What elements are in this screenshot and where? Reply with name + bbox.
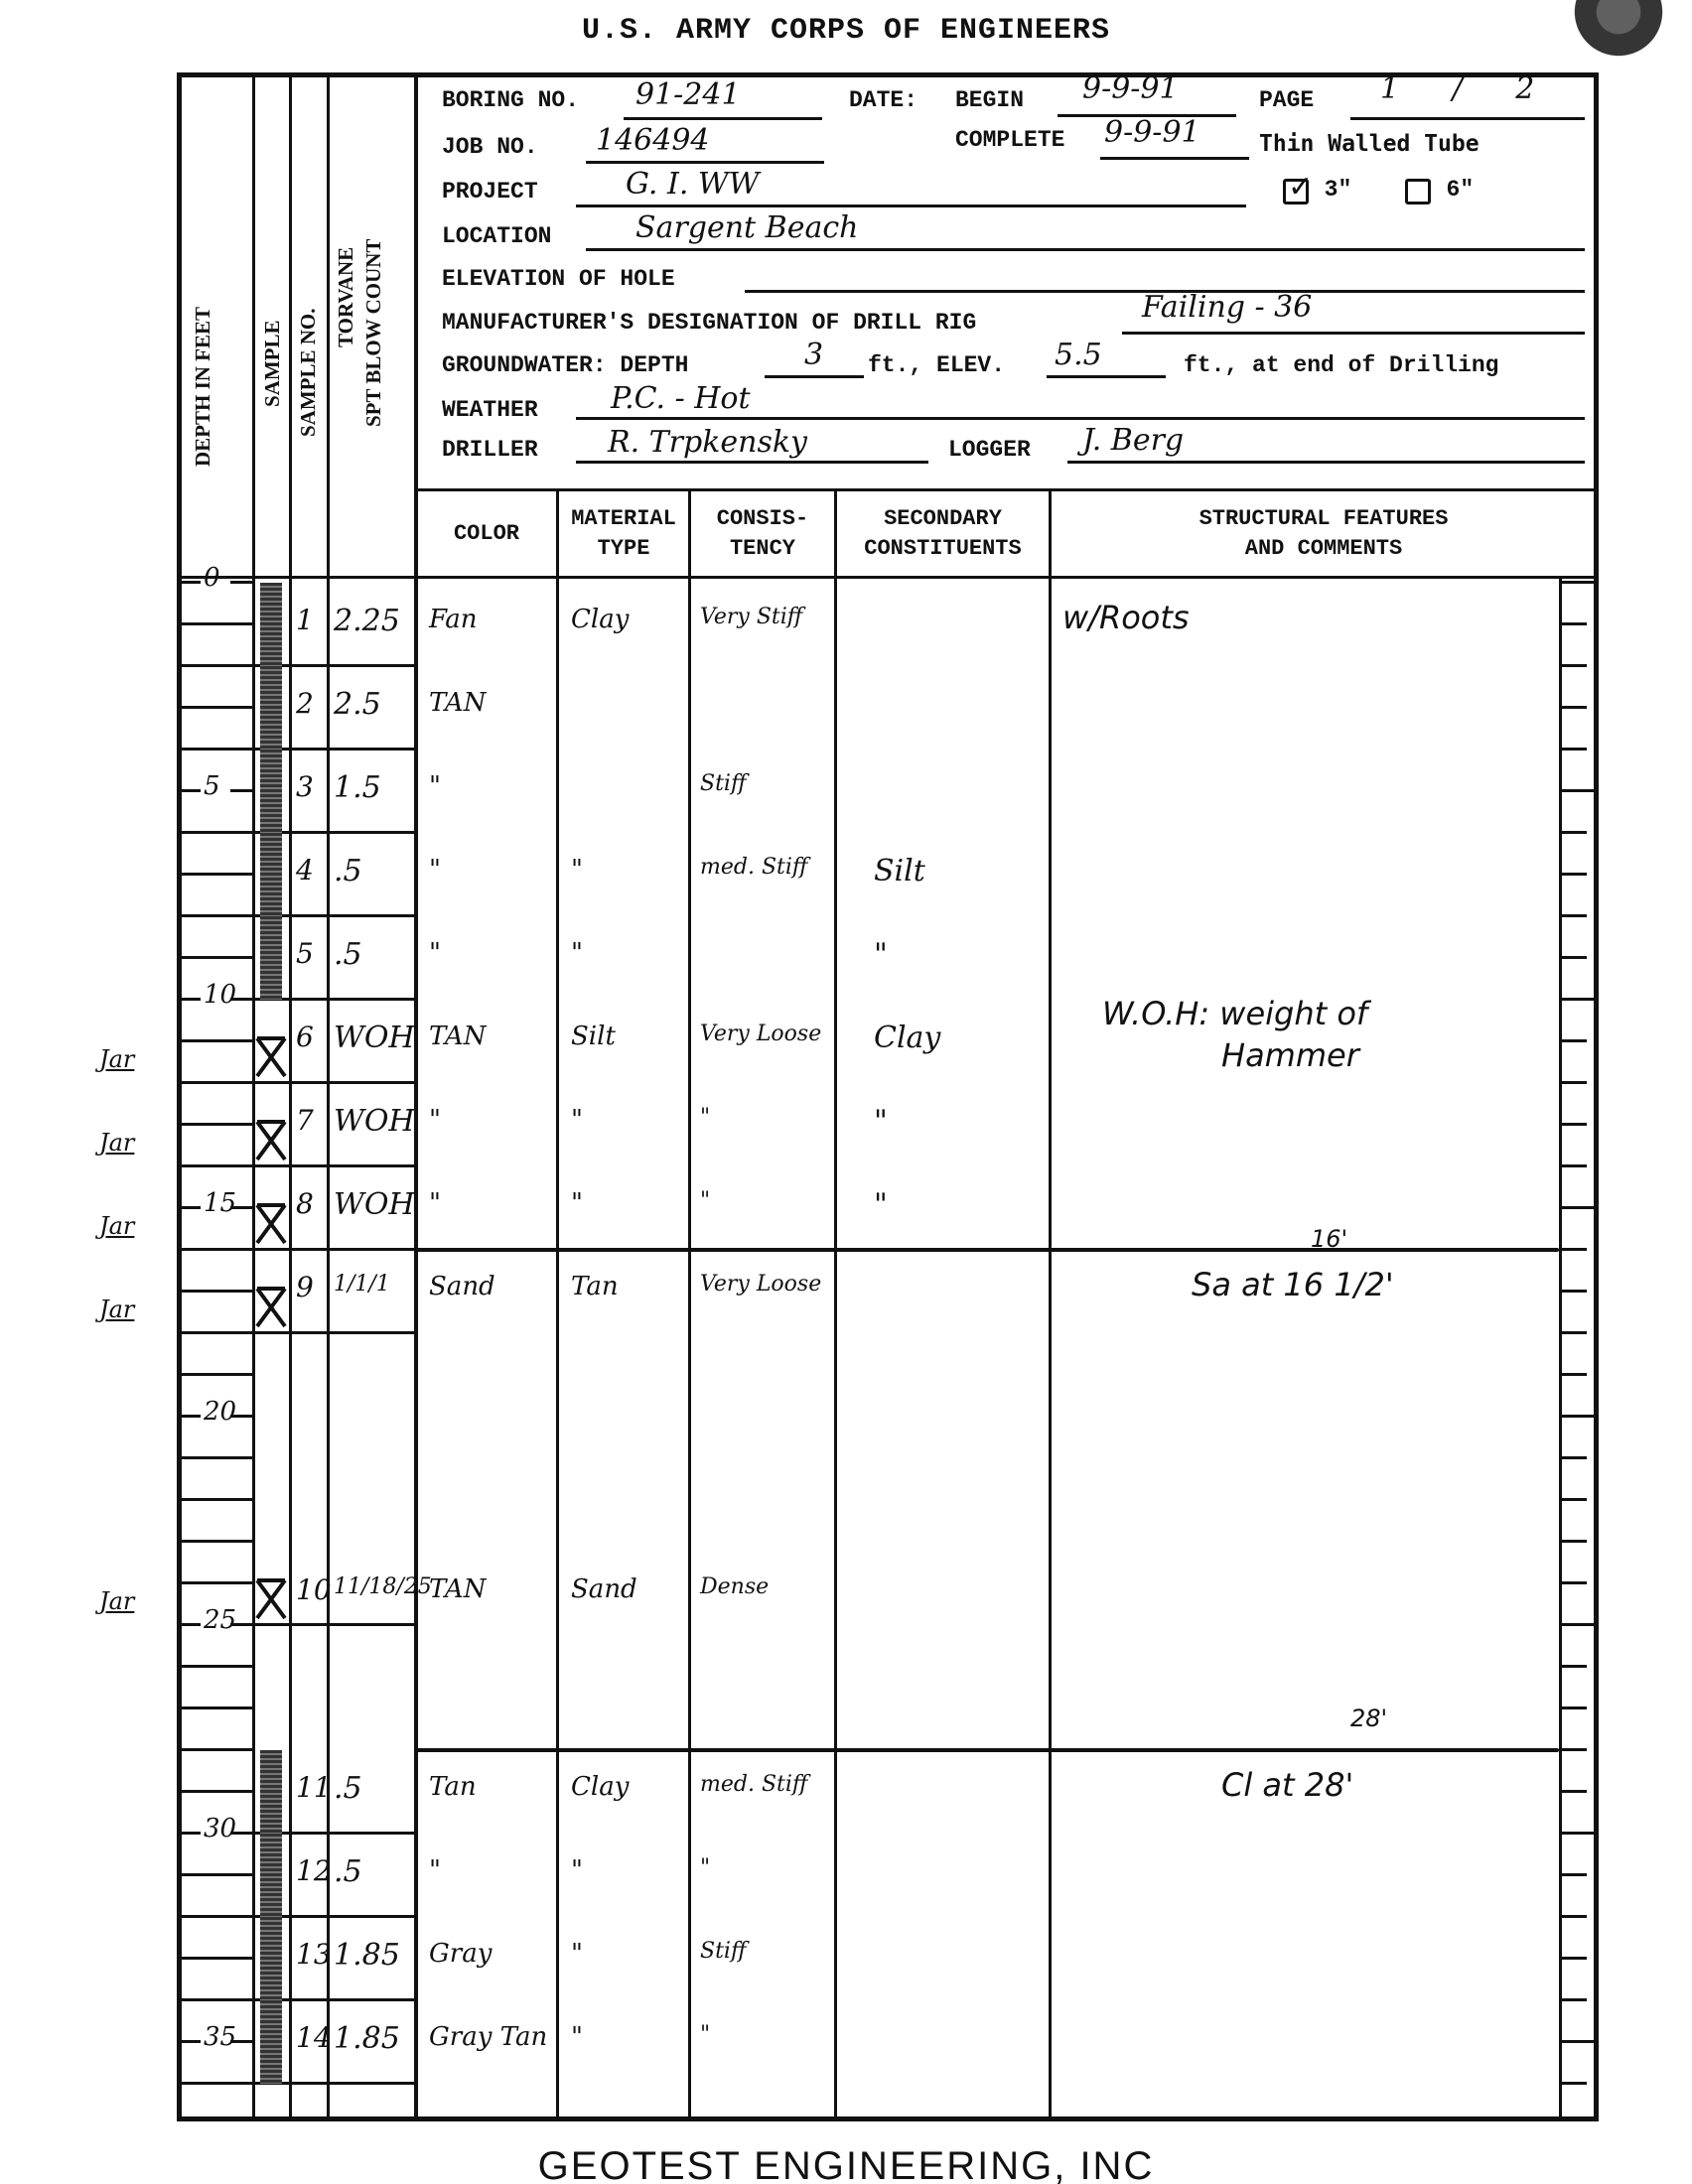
right-ruler-tick: [1561, 1915, 1587, 1918]
depth-tick: [179, 789, 201, 792]
consistency-value: Very Loose: [700, 1024, 821, 1045]
blow-count-value: .5: [334, 1774, 362, 1804]
right-ruler-tick: [1561, 1248, 1587, 1251]
right-ruler-tick: [1561, 664, 1587, 667]
material-type-value: ": [571, 857, 583, 883]
consistency-value: ": [700, 1190, 710, 1212]
divider: [289, 72, 292, 2121]
color-column-header: COLOR: [417, 491, 556, 576]
depth-label: 30: [204, 1814, 236, 1843]
depth-tick: [179, 1415, 201, 1418]
depth-tick: [179, 1039, 252, 1042]
tube-sample-bar: [260, 666, 282, 750]
torvane-header: TORVANE: [334, 247, 358, 347]
consistency-value: Stiff: [700, 773, 747, 795]
material-type-value: Tan: [571, 1274, 619, 1299]
comment-text: 16': [1311, 1227, 1347, 1251]
right-ruler-tick: [1561, 1832, 1599, 1835]
right-ruler-tick: [1561, 1873, 1587, 1876]
consistency-value: med. Stiff: [700, 1774, 808, 1796]
depth-tick: [179, 998, 201, 1001]
right-ruler-tick: [1561, 1581, 1587, 1584]
complete-date-field[interactable]: 9-9-91: [1104, 115, 1200, 150]
depth-tick: [179, 1748, 252, 1751]
material-type-value: ": [571, 1941, 583, 1967]
right-ruler-tick: [1561, 1164, 1587, 1167]
secondary-constituent-value: ": [874, 940, 888, 970]
right-ruler-tick: [1561, 1498, 1587, 1501]
right-ruler-tick: [1561, 1790, 1587, 1793]
color-value: Gray: [429, 1941, 492, 1967]
sample-number: 1: [296, 607, 314, 634]
sample-number: 4: [296, 857, 314, 885]
color-value: ": [429, 1190, 441, 1216]
secondary-constituent-value: ": [874, 1107, 888, 1137]
depth-tick: [179, 748, 252, 751]
depth-tick: [179, 1540, 252, 1543]
jar-note: Jar: [99, 1131, 134, 1155]
structural-features-column-header: STRUCTURAL FEATURESAND COMMENTS: [1052, 491, 1596, 576]
split-spoon-sample-x-icon: [254, 1035, 288, 1079]
right-ruler-tick: [1561, 2040, 1599, 2043]
spt-header: SPT BLOW COUNT: [361, 239, 386, 427]
right-ruler-tick: [1561, 581, 1599, 584]
groundwater-elev-field[interactable]: 5.5: [1055, 338, 1102, 372]
color-value: Gray Tan: [429, 2024, 547, 2050]
project-label: PROJECT: [442, 179, 538, 205]
right-ruler-tick: [1561, 1081, 1587, 1084]
sample-no-header: SAMPLE NO.: [296, 308, 321, 437]
right-ruler-tick: [1561, 706, 1587, 709]
elevation-label: ELEVATION OF HOLE: [442, 266, 675, 292]
color-value: TAN: [429, 1024, 486, 1049]
material-type-value: Clay: [571, 1774, 629, 1800]
depth-tick: [179, 1665, 252, 1668]
depth-label: 0: [204, 563, 220, 593]
page-field[interactable]: 1 / 2: [1380, 71, 1556, 106]
sample-boundary: [254, 1164, 414, 1167]
checkbox-checked-icon[interactable]: [1283, 179, 1309, 205]
right-ruler-tick: [1561, 873, 1587, 876]
material-type-value: ": [571, 2024, 583, 2050]
depth-tick: [179, 831, 252, 834]
color-value: Fan: [429, 607, 478, 632]
tube-3in-option[interactable]: 3" 6": [1283, 177, 1474, 205]
date-label: DATE:: [849, 87, 917, 113]
divider: [327, 72, 330, 2121]
depth-label: 15: [204, 1188, 236, 1218]
depth-tick: [230, 581, 252, 584]
right-ruler-tick: [1561, 1665, 1587, 1668]
depth-label: 10: [204, 980, 236, 1010]
tube-sample-bar: [260, 1750, 282, 1834]
right-ruler-tick: [1561, 748, 1587, 751]
secondary-constituent-value: Silt: [874, 857, 925, 887]
depth-tick: [179, 1706, 252, 1709]
color-value: Sand: [429, 1274, 495, 1299]
right-ruler-tick: [1561, 2082, 1587, 2085]
sample-boundary: [254, 1248, 414, 1251]
begin-label: BEGIN: [955, 87, 1024, 113]
right-ruler-tick: [1561, 1290, 1587, 1293]
sample-number: 5: [296, 940, 314, 968]
blow-count-value: 1.5: [334, 773, 381, 803]
consistency-value: Stiff: [700, 1941, 747, 1963]
depth-tick: [179, 1456, 252, 1459]
tube-sample-bar: [260, 833, 282, 916]
groundwater-depth-field[interactable]: 3: [804, 338, 823, 372]
sample-number: 6: [296, 1024, 314, 1051]
depth-tick: [179, 1373, 252, 1376]
right-ruler-tick: [1561, 1540, 1587, 1543]
drill-rig-label: MANUFACTURER'S DESIGNATION OF DRILL RIG: [442, 310, 976, 336]
comment-text: Cl at 28': [1221, 1769, 1353, 1801]
right-ruler-tick: [1561, 1706, 1587, 1709]
right-ruler-tick: [1561, 1957, 1587, 1960]
sample-boundary: [254, 1331, 414, 1334]
comment-text: 28': [1350, 1706, 1387, 1730]
blow-count-value: .5: [334, 940, 362, 970]
divider: [414, 72, 418, 2121]
depth-tick: [179, 1623, 201, 1626]
material-type-value: ": [571, 940, 583, 966]
consistency-value: ": [700, 2024, 710, 2046]
jar-note: Jar: [99, 1214, 134, 1238]
sample-number: 11: [296, 1774, 332, 1802]
blow-count-value: 1/1/1: [334, 1274, 390, 1296]
boring-no-label: BORING NO.: [442, 87, 579, 113]
right-ruler-tick: [1561, 789, 1599, 792]
consistency-column-header: CONSIS-TENCY: [691, 491, 834, 576]
right-ruler-tick: [1561, 1039, 1587, 1042]
depth-tick: [179, 1498, 252, 1501]
blow-count-value: WOH: [334, 1107, 415, 1137]
logger-label: LOGGER: [948, 437, 1031, 463]
tube-sample-bar: [260, 916, 282, 1000]
tube-sample-bar: [260, 750, 282, 833]
right-ruler-tick: [1561, 1206, 1599, 1209]
depth-tick: [179, 2082, 252, 2085]
agency-seal-icon: [1564, 0, 1673, 60]
material-type-value: Clay: [571, 607, 629, 632]
complete-label: COMPLETE: [955, 127, 1064, 153]
right-ruler-tick: [1561, 914, 1587, 917]
depth-tick: [179, 1290, 252, 1293]
secondary-constituents-column-header: SECONDARYCONSTITUENTS: [837, 491, 1049, 576]
secondary-constituent-value: Clay: [874, 1024, 940, 1053]
depth-tick: [179, 1081, 252, 1084]
right-ruler-tick: [1561, 998, 1599, 1001]
sample-number: 2: [296, 690, 314, 718]
color-value: ": [429, 773, 441, 799]
depth-tick: [179, 706, 252, 709]
boring-log-form: [177, 72, 1599, 2121]
right-ruler-tick: [1561, 1456, 1587, 1459]
location-label: LOCATION: [442, 223, 551, 249]
driller-field[interactable]: R. Trpkensky: [608, 425, 807, 460]
blow-count-value: 1.85: [334, 1941, 400, 1971]
split-spoon-sample-x-icon: [254, 1286, 288, 1329]
depth-label: 25: [204, 1605, 236, 1635]
depth-header: DEPTH IN FEET: [191, 307, 215, 467]
project-field[interactable]: G. I. WW: [626, 167, 760, 202]
blow-count-value: .5: [334, 1857, 362, 1887]
footer-company: GEOTEST ENGINEERING, INC: [0, 2144, 1692, 2184]
material-type-value: ": [571, 1857, 583, 1883]
depth-label: 5: [204, 771, 220, 801]
color-value: ": [429, 1857, 441, 1883]
agency-title: U.S. ARMY CORPS OF ENGINEERS: [0, 14, 1692, 48]
right-ruler-tick: [1561, 1998, 1587, 2001]
depth-tick: [179, 581, 201, 584]
blow-count-value: WOH: [334, 1190, 415, 1220]
thin-walled-tube-label: Thin Walled Tube: [1259, 131, 1480, 157]
comment-text: w/Roots: [1062, 602, 1190, 633]
right-ruler-tick: [1561, 622, 1587, 625]
split-spoon-sample-x-icon: [254, 1119, 288, 1162]
sample-number: 14: [296, 2024, 332, 2052]
right-ruler-tick: [1561, 1748, 1587, 1751]
strata-boundary: [416, 1248, 1559, 1252]
material-type-column-header: MATERIALTYPE: [559, 491, 688, 576]
consistency-value: Very Stiff: [700, 607, 802, 628]
depth-tick: [179, 2040, 201, 2043]
split-spoon-sample-x-icon: [254, 1202, 288, 1246]
depth-tick: [179, 1957, 252, 1960]
comment-text: W.O.H: weight of: [1102, 998, 1367, 1029]
jar-note: Jar: [99, 1047, 134, 1071]
depth-tick: [179, 1915, 252, 1918]
depth-label: 20: [204, 1397, 236, 1427]
comment-text: Sa at 16 1/2': [1192, 1269, 1394, 1300]
consistency-value: Dense: [700, 1576, 769, 1598]
blow-count-value: 11/18/25: [334, 1576, 432, 1598]
depth-tick: [179, 1248, 252, 1251]
consistency-value: Very Loose: [700, 1274, 821, 1296]
sample-number: 10: [296, 1576, 332, 1604]
color-value: ": [429, 857, 441, 883]
depth-tick: [179, 1206, 201, 1209]
tube-sample-bar: [260, 583, 282, 666]
right-ruler-tick: [1561, 956, 1587, 959]
sample-number: 8: [296, 1190, 314, 1218]
material-type-value: ": [571, 1107, 583, 1133]
right-ruler-tick: [1561, 1415, 1599, 1418]
sample-boundary: [254, 1081, 414, 1084]
depth-tick: [179, 1998, 252, 2001]
depth-tick: [179, 622, 252, 625]
depth-label: 35: [204, 2022, 236, 2052]
material-type-value: ": [571, 1190, 583, 1216]
depth-tick: [179, 1832, 201, 1835]
depth-tick: [179, 1790, 252, 1793]
material-type-value: Sand: [571, 1576, 637, 1602]
color-value: TAN: [429, 1576, 486, 1602]
jar-note: Jar: [99, 1297, 134, 1321]
job-no-label: JOB NO.: [442, 134, 538, 160]
page-label: PAGE: [1259, 87, 1314, 113]
depth-tick: [179, 1123, 252, 1126]
sample-boundary: [254, 1623, 414, 1626]
location-field[interactable]: Sargent Beach: [635, 210, 858, 245]
begin-date-field[interactable]: 9-9-91: [1082, 71, 1179, 106]
sample-number: 13: [296, 1941, 332, 1969]
color-value: Tan: [429, 1774, 477, 1800]
material-type-value: Silt: [571, 1024, 616, 1049]
blow-count-value: 2.25: [334, 607, 400, 636]
sample-header: SAMPLE: [260, 320, 285, 407]
strata-boundary: [416, 1748, 1559, 1752]
driller-label: DRILLER: [442, 437, 538, 463]
divider: [177, 576, 1599, 579]
blow-count-value: WOH: [334, 1024, 415, 1053]
sample-number: 7: [296, 1107, 314, 1135]
blow-count-value: 2.5: [334, 690, 381, 720]
weather-field[interactable]: P.C. - Hot: [611, 381, 751, 416]
tube-sample-bar: [260, 2000, 282, 2084]
depth-tick: [179, 914, 252, 917]
depth-tick: [179, 956, 252, 959]
color-value: TAN: [429, 690, 486, 716]
weather-label: WEATHER: [442, 397, 538, 423]
depth-tick: [179, 1164, 252, 1167]
consistency-value: med. Stiff: [700, 857, 808, 879]
depth-tick: [179, 664, 252, 667]
depth-tick: [179, 873, 252, 876]
groundwater-depth-label: GROUNDWATER: DEPTH: [442, 352, 688, 378]
divider: [252, 72, 255, 2121]
job-no-field[interactable]: 146494: [596, 123, 710, 158]
depth-tick: [179, 1331, 252, 1334]
sample-number: 3: [296, 773, 314, 801]
right-ruler-tick: [1561, 1123, 1587, 1126]
secondary-constituent-value: ": [874, 1190, 888, 1220]
color-value: ": [429, 940, 441, 966]
sample-number: 12: [296, 1857, 332, 1885]
split-spoon-sample-x-icon: [254, 1577, 288, 1621]
comment-text: Hammer: [1221, 1039, 1359, 1071]
blow-count-value: .5: [334, 857, 362, 887]
drill-rig-field[interactable]: Failing - 36: [1142, 290, 1312, 325]
right-ruler-tick: [1561, 1331, 1587, 1334]
sample-number: 9: [296, 1274, 314, 1301]
tube-6in-checkbox[interactable]: [1405, 179, 1431, 205]
depth-tick: [179, 1873, 252, 1876]
tube-sample-bar: [260, 1917, 282, 2000]
groundwater-elev-label: ft., ELEV.: [868, 352, 1005, 378]
depth-tick: [230, 789, 252, 792]
jar-note: Jar: [99, 1589, 134, 1613]
color-value: ": [429, 1107, 441, 1133]
boring-no-field[interactable]: 91-241: [635, 77, 741, 112]
blow-count-value: 1.85: [334, 2024, 400, 2054]
consistency-value: ": [700, 1857, 710, 1879]
right-ruler-tick: [1561, 831, 1587, 834]
consistency-value: ": [700, 1107, 710, 1129]
depth-tick: [179, 1581, 252, 1584]
right-ruler-tick: [1561, 1623, 1599, 1626]
tube-sample-bar: [260, 1834, 282, 1917]
logger-field[interactable]: J. Berg: [1082, 423, 1184, 458]
end-of-drilling-label: ft., at end of Drilling: [1184, 352, 1498, 378]
right-ruler-tick: [1561, 1373, 1587, 1376]
